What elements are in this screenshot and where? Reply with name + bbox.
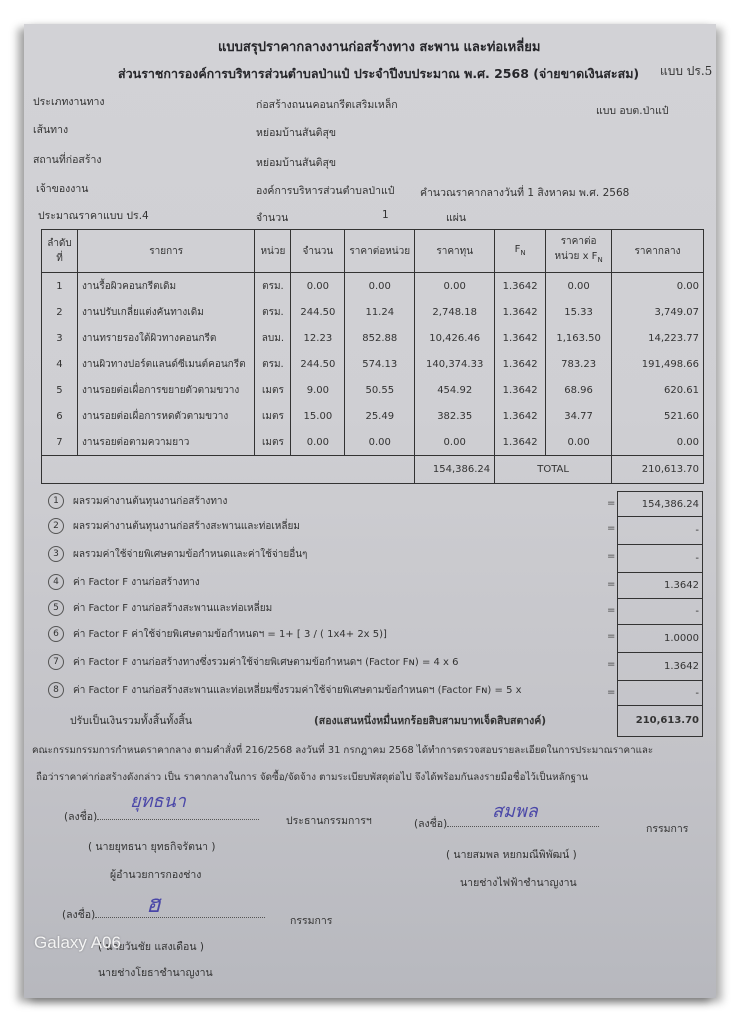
cell-unit: ตรม.	[255, 273, 291, 300]
summary-value: 1.3642	[617, 572, 703, 598]
sign-2-position: นายช่างไฟฟ้าชำนาญงาน	[460, 874, 577, 891]
table-total-row: 154,386.24 TOTAL 210,613.70	[42, 456, 704, 484]
form-code: แบบ ปร.5	[660, 62, 712, 81]
work-type-label: ประเภทงานทาง	[33, 93, 105, 110]
table-row: 2งานปรับเกลี่ยแต่งคันทางเดิมตรม.244.5011…	[42, 299, 704, 325]
table-row: 3งานทรายรองใต้ผิวทางคอนกรีตลบม.12.23852.…	[42, 325, 704, 351]
summary-value: -	[617, 680, 703, 706]
count-label: จำนวน	[256, 209, 288, 226]
cell-unit: ตรม.	[255, 351, 291, 377]
cell-unit-price: 50.55	[345, 377, 415, 403]
work-type-value: ก่อสร้างถนนคอนกรีตเสริมเหล็ก	[256, 96, 398, 113]
cell-item: งานรอยต่อเผื่อการขยายตัวตามขวาง	[77, 377, 254, 403]
sign-3-role: กรรมการ	[290, 912, 332, 929]
cell-price-fn: 1,163.50	[546, 325, 612, 351]
cell-price-fn: 783.23	[546, 351, 612, 377]
cell-no: 5	[42, 377, 78, 403]
col-fn: FN	[495, 230, 546, 273]
cell-item: งานทรายรองใต้ผิวทางคอนกรีต	[77, 325, 254, 351]
sign-2-role: กรรมการ	[646, 820, 688, 837]
equals-sign: =	[607, 498, 615, 509]
equals-sign: =	[607, 605, 615, 616]
cell-cost: 140,374.33	[415, 351, 495, 377]
cell-qty: 12.23	[291, 325, 345, 351]
summary-label: ค่า Factor F งานก่อสร้างทางซึ่งรวมค่าใช้…	[73, 655, 459, 670]
col-cost: ราคาทุน	[415, 230, 495, 273]
count-unit: แผ่น	[446, 209, 466, 226]
summary-label: ค่า Factor F งานก่อสร้างสะพานและท่อเหลี่…	[73, 601, 272, 616]
item-number-circle: 8	[48, 682, 64, 698]
cell-price-fn: 0.00	[546, 273, 612, 300]
cell-price-fn: 0.00	[546, 429, 612, 456]
cell-item: งานผิวทางปอร์ตแลนด์ซีเมนต์คอนกรีต	[77, 351, 254, 377]
summary-value: 1.0000	[617, 624, 703, 652]
route-value: หย่อมบ้านสันติสุข	[256, 124, 336, 141]
statement-line-2: ถือว่าราคาค่าก่อสร้างดังกล่าว เป็น ราคาก…	[36, 770, 588, 785]
cell-no: 7	[42, 429, 78, 456]
cell-fn: 1.3642	[495, 351, 546, 377]
table-header: ลำดับ ที่ รายการ หน่วย จำนวน ราคาต่อหน่ว…	[42, 230, 704, 273]
cell-cost: 0.00	[415, 429, 495, 456]
grand-total-words: (สองแสนหนึ่งหมื่นหกร้อยสิบสามบาทเจ็ดสิบส…	[314, 712, 546, 729]
equals-sign: =	[607, 659, 615, 670]
table-row: 4งานผิวทางปอร์ตแลนด์ซีเมนต์คอนกรีตตรม.24…	[42, 351, 704, 377]
cell-median: 521.60	[612, 403, 704, 429]
equals-sign: =	[607, 631, 615, 642]
cost-table: ลำดับ ที่ รายการ หน่วย จำนวน ราคาต่อหน่ว…	[41, 229, 704, 484]
cell-item: งานรอยต่อตามความยาว	[77, 429, 254, 456]
route-label: เส้นทาง	[33, 121, 68, 138]
count-value: 1	[382, 209, 389, 221]
cell-median: 0.00	[612, 429, 704, 456]
table-row: 7งานรอยต่อตามความยาวเมตร0.000.000.001.36…	[42, 429, 704, 456]
camera-watermark: Galaxy A06	[34, 933, 121, 953]
total-label: TOTAL	[495, 456, 612, 484]
sign-2-name: ( นายสมพล หยกมณีพิพัฒน์ )	[446, 846, 577, 863]
summary-label: ผลรวมค่าใช้จ่ายพิเศษตามข้อกำหนดและค่าใช้…	[73, 547, 307, 562]
equals-sign: =	[607, 687, 615, 698]
col-unit: หน่วย	[255, 230, 291, 273]
summary-item: 2ผลรวมค่างานต้นทุนงานก่อสร้างสะพานและท่อ…	[48, 515, 300, 537]
col-qty: จำนวน	[291, 230, 345, 273]
cell-cost: 2,748.18	[415, 299, 495, 325]
summary-item: 1ผลรวมค่างานต้นทุนงานก่อสร้างทาง	[48, 490, 227, 512]
document-subtitle: ส่วนราชการองค์การบริหารส่วนตำบลป่าแป๋ ปร…	[118, 64, 639, 84]
cell-unit: ตรม.	[255, 299, 291, 325]
cell-fn: 1.3642	[495, 273, 546, 300]
sign-3-label: (ลงชื่อ)	[62, 906, 265, 923]
item-number-circle: 6	[48, 626, 64, 642]
cell-price-fn: 68.96	[546, 377, 612, 403]
summary-value: -	[617, 516, 703, 544]
col-item: รายการ	[77, 230, 254, 273]
cell-unit: เมตร	[255, 377, 291, 403]
item-number-circle: 5	[48, 600, 64, 616]
owner-label: เจ้าของงาน	[36, 180, 88, 197]
table-row: 6งานรอยต่อเผื่อการหดตัวตามขวางเมตร15.002…	[42, 403, 704, 429]
col-price-fn: ราคาต่อ หน่วย x FN	[546, 230, 612, 273]
cell-item: งานรื้อผิวคอนกรีตเดิม	[77, 273, 254, 300]
signature-2: สมพล	[492, 796, 538, 825]
cell-price-fn: 34.77	[546, 403, 612, 429]
cell-cost: 0.00	[415, 273, 495, 300]
cell-unit-price: 25.49	[345, 403, 415, 429]
cell-unit-price: 0.00	[345, 273, 415, 300]
statement-line-1: คณะกรรมกรรมการกำหนดราคากลาง ตามคำสั่งที่…	[32, 743, 653, 758]
col-no: ลำดับ ที่	[42, 230, 78, 273]
signature-1: ยุทธนา	[130, 786, 186, 815]
cell-unit-price: 11.24	[345, 299, 415, 325]
cell-qty: 15.00	[291, 403, 345, 429]
cell-median: 191,498.66	[612, 351, 704, 377]
item-number-circle: 4	[48, 574, 64, 590]
cell-fn: 1.3642	[495, 377, 546, 403]
sign-3-position: นายช่างโยธาชำนาญงาน	[98, 964, 213, 981]
total-cost: 154,386.24	[415, 456, 495, 484]
calc-date: คำนวณราคากลางวันที่ 1 สิงหาคม พ.ศ. 2568	[420, 184, 629, 201]
summary-item: 3ผลรวมค่าใช้จ่ายพิเศษตามข้อกำหนดและค่าใช…	[48, 543, 307, 565]
summary-item: 4ค่า Factor F งานก่อสร้างทาง	[48, 571, 200, 593]
item-number-circle: 7	[48, 654, 64, 670]
grand-total-label: ปรับเป็นเงินรวมทั้งสิ้นทั้งสิ้น	[70, 712, 192, 729]
cell-unit: เมตร	[255, 403, 291, 429]
summary-item: 5ค่า Factor F งานก่อสร้างสะพานและท่อเหลี…	[48, 597, 272, 619]
cell-qty: 244.50	[291, 299, 345, 325]
cell-no: 1	[42, 273, 78, 300]
col-unit-price: ราคาต่อหน่วย	[345, 230, 415, 273]
col-median: ราคากลาง	[612, 230, 704, 273]
cell-unit-price: 0.00	[345, 429, 415, 456]
summary-value: -	[617, 544, 703, 572]
item-number-circle: 3	[48, 546, 64, 562]
summary-value: -	[617, 598, 703, 624]
cell-price-fn: 15.33	[546, 299, 612, 325]
cell-unit-price: 574.13	[345, 351, 415, 377]
equals-sign: =	[607, 579, 615, 590]
summary-item: 8ค่า Factor F งานก่อสร้างสะพานและท่อเหลี…	[48, 679, 522, 701]
summary-value: 154,386.24	[617, 491, 703, 516]
cell-qty: 244.50	[291, 351, 345, 377]
cell-cost: 10,426.46	[415, 325, 495, 351]
summary-label: ค่า Factor F งานก่อสร้างสะพานและท่อเหลี่…	[73, 683, 522, 698]
summary-value: 1.3642	[617, 652, 703, 680]
equals-sign: =	[607, 523, 615, 534]
cell-item: งานปรับเกลี่ยแต่งคันทางเดิม	[77, 299, 254, 325]
cell-median: 0.00	[612, 273, 704, 300]
document-title: แบบสรุปราคากลางงานก่อสร้างทาง สะพาน และท…	[218, 36, 540, 57]
estimate-label: ประมาณราคาแบบ ปร.4	[38, 207, 149, 224]
cell-unit-price: 852.88	[345, 325, 415, 351]
summary-label: ผลรวมค่างานต้นทุนงานก่อสร้างทาง	[73, 494, 227, 509]
org-form-code: แบบ อบต.ป่าแป๋	[596, 102, 669, 119]
equals-sign: =	[607, 551, 615, 562]
cell-qty: 0.00	[291, 429, 345, 456]
cell-item: งานรอยต่อเผื่อการหดตัวตามขวาง	[77, 403, 254, 429]
cell-median: 620.61	[612, 377, 704, 403]
item-number-circle: 2	[48, 518, 64, 534]
summary-label: ค่า Factor F ค่าใช้จ่ายพิเศษตามข้อกำหนดฯ…	[73, 627, 387, 642]
total-median: 210,613.70	[612, 456, 704, 484]
owner-value: องค์การบริหารส่วนตำบลป่าแป๋	[256, 182, 394, 199]
cell-qty: 9.00	[291, 377, 345, 403]
cell-no: 2	[42, 299, 78, 325]
summary-item: 6ค่า Factor F ค่าใช้จ่ายพิเศษตามข้อกำหนด…	[48, 623, 387, 645]
table-row: 1งานรื้อผิวคอนกรีตเดิมตรม.0.000.000.001.…	[42, 273, 704, 300]
summary-item: 7ค่า Factor F งานก่อสร้างทางซึ่งรวมค่าใช…	[48, 651, 459, 673]
cell-no: 6	[42, 403, 78, 429]
cell-qty: 0.00	[291, 273, 345, 300]
grand-total-value: 210,613.70	[617, 705, 703, 737]
location-label: สถานที่ก่อสร้าง	[33, 151, 102, 168]
cell-no: 4	[42, 351, 78, 377]
item-number-circle: 1	[48, 493, 64, 509]
cell-median: 3,749.07	[612, 299, 704, 325]
cell-unit: เมตร	[255, 429, 291, 456]
cell-fn: 1.3642	[495, 429, 546, 456]
cell-fn: 1.3642	[495, 403, 546, 429]
cell-cost: 382.35	[415, 403, 495, 429]
cell-median: 14,223.77	[612, 325, 704, 351]
summary-label: ผลรวมค่างานต้นทุนงานก่อสร้างสะพานและท่อเ…	[73, 519, 300, 534]
sign-1-position: ผู้อำนวยการกองช่าง	[110, 866, 201, 883]
sign-1-role: ประธานกรรมการฯ	[286, 812, 372, 829]
cell-no: 3	[42, 325, 78, 351]
cell-fn: 1.3642	[495, 299, 546, 325]
cell-unit: ลบม.	[255, 325, 291, 351]
location-value: หย่อมบ้านสันติสุข	[256, 154, 336, 171]
cell-fn: 1.3642	[495, 325, 546, 351]
cell-cost: 454.92	[415, 377, 495, 403]
table-row: 5งานรอยต่อเผื่อการขยายตัวตามขวางเมตร9.00…	[42, 377, 704, 403]
summary-label: ค่า Factor F งานก่อสร้างทาง	[73, 575, 200, 590]
signature-3: ฮ	[146, 884, 161, 923]
sign-1-name: ( นายยุทธนา ยุทธกิจรัตนา )	[88, 838, 216, 855]
